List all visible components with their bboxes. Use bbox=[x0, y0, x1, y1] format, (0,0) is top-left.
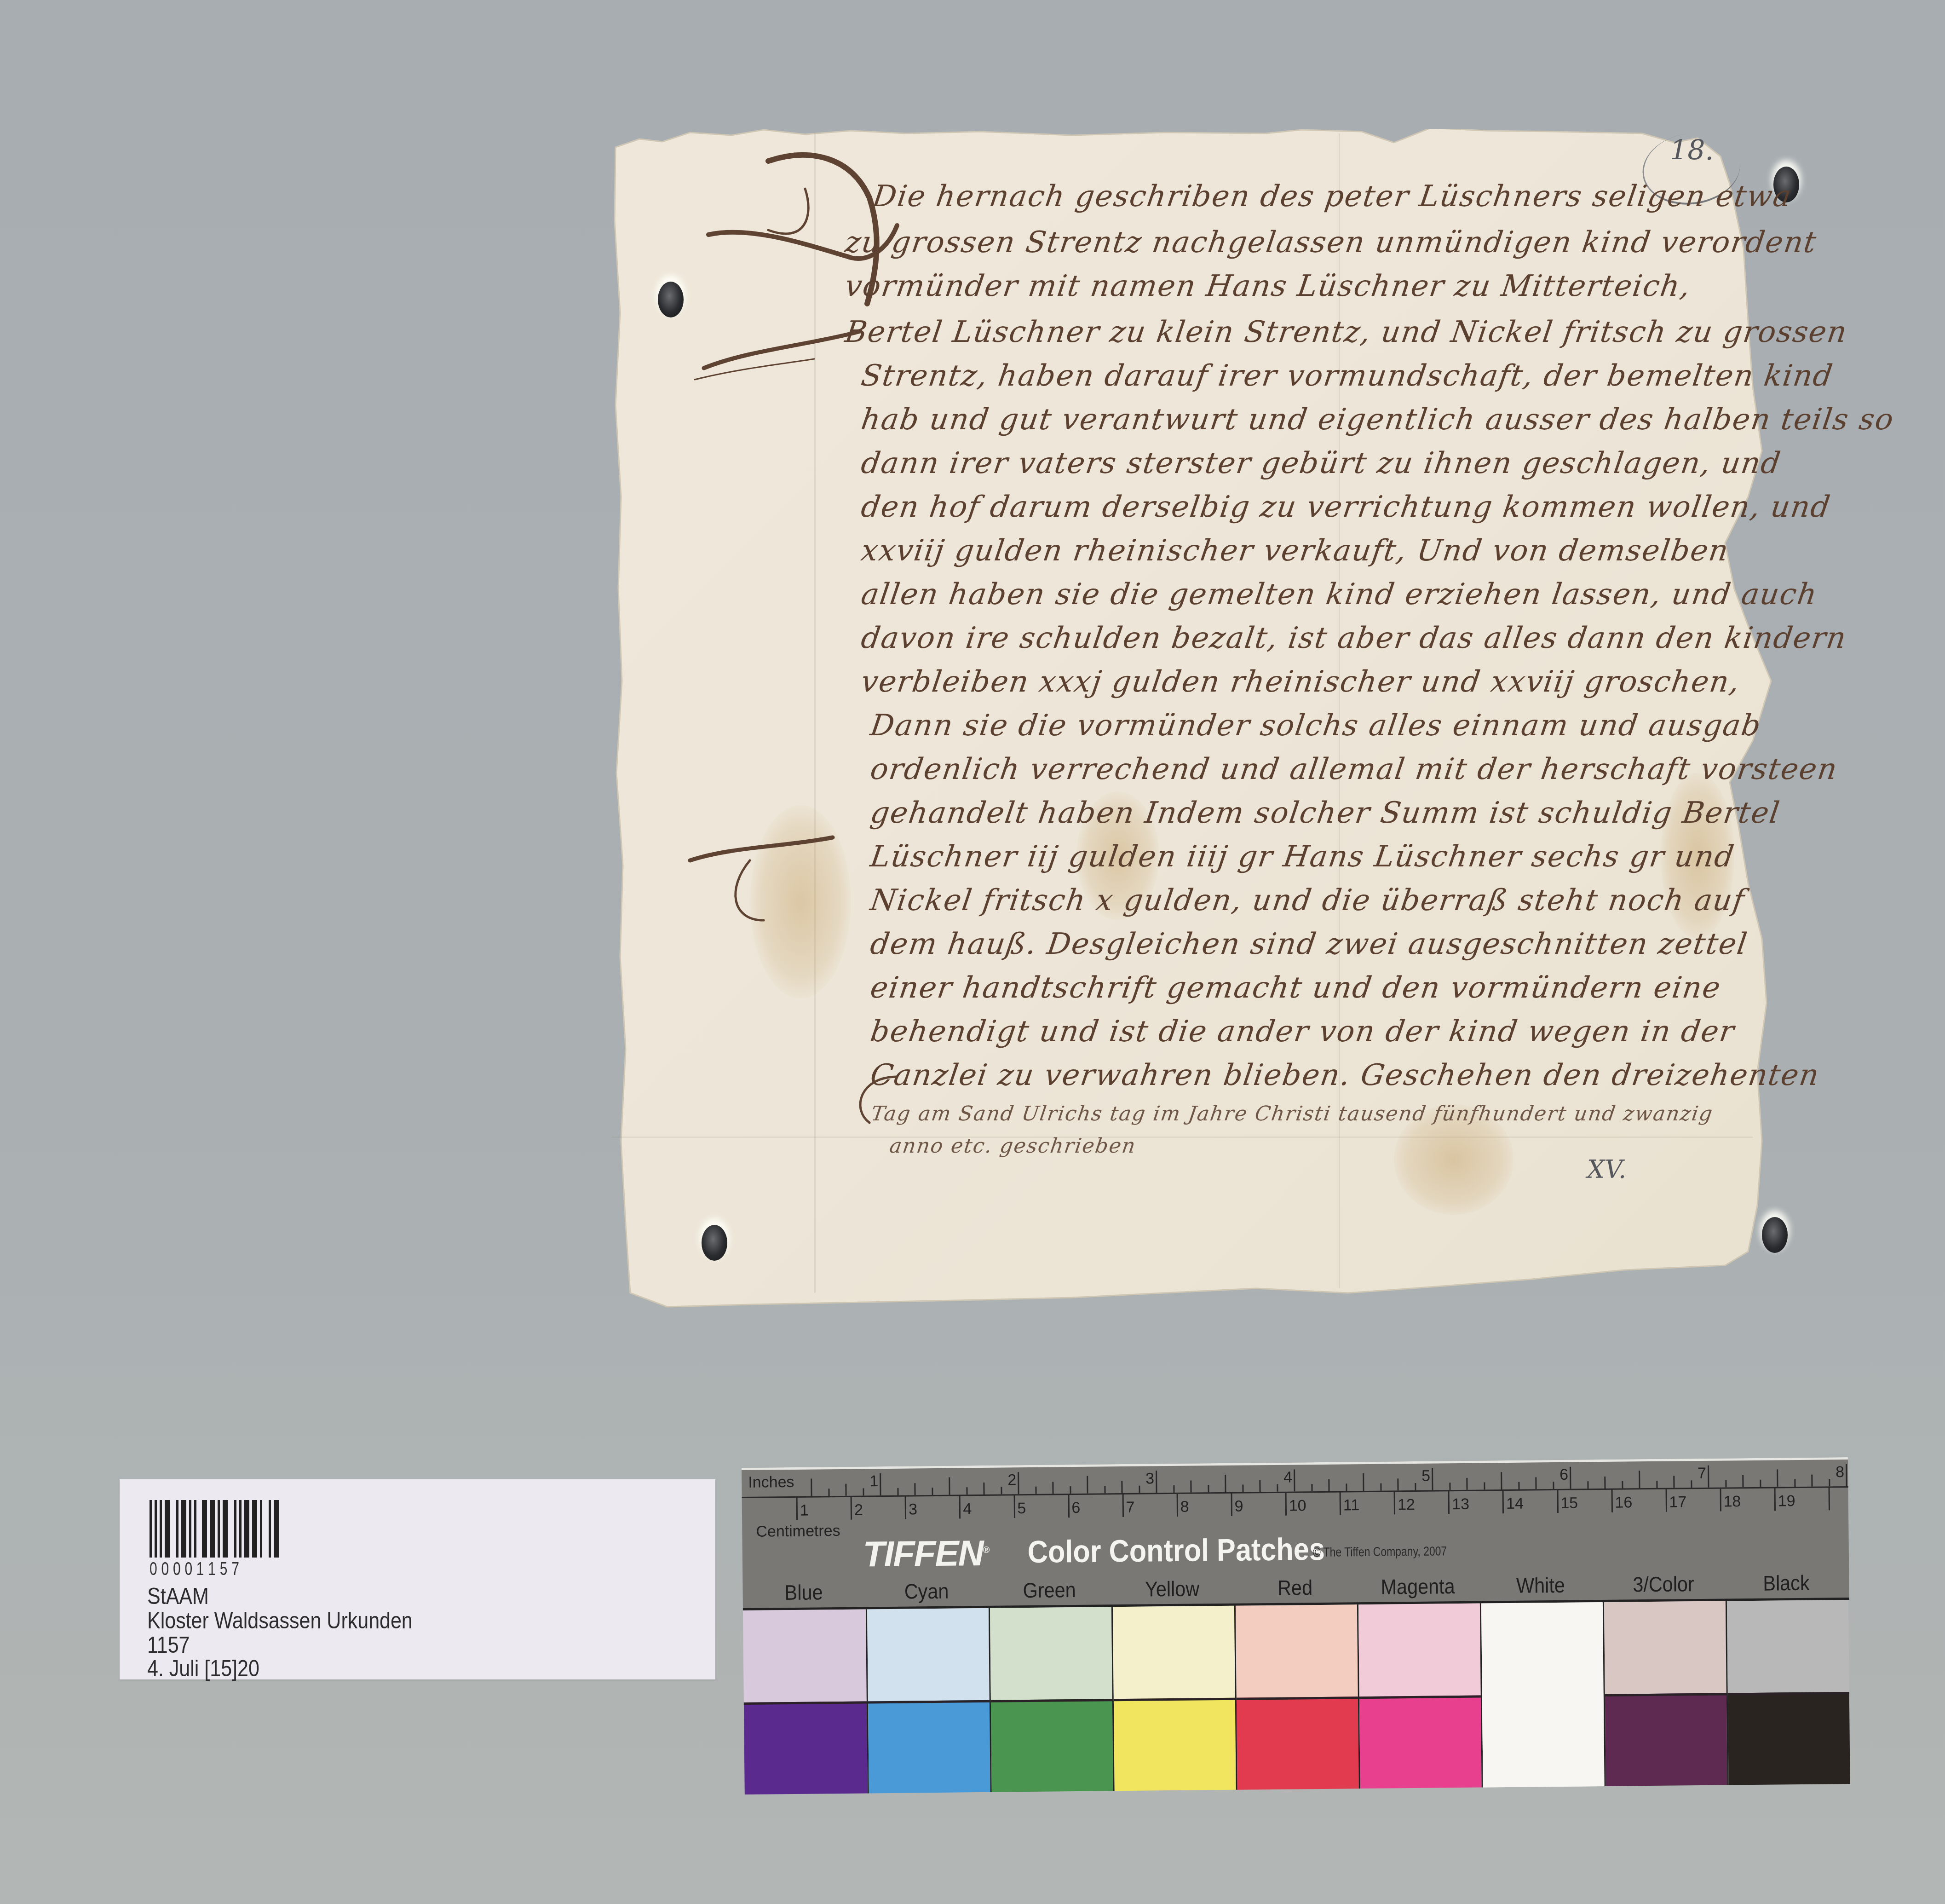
cm-tick-label: 1 bbox=[800, 1502, 809, 1520]
inch-tick-label: 4 bbox=[1283, 1469, 1292, 1487]
cm-tick bbox=[1176, 1494, 1178, 1517]
patch-light bbox=[867, 1608, 990, 1702]
patch-label: Black bbox=[1732, 1570, 1841, 1596]
patch-column-magenta bbox=[1357, 1604, 1482, 1789]
inch-tick bbox=[1139, 1486, 1140, 1493]
inch-tick bbox=[966, 1487, 967, 1494]
patch-label: White bbox=[1486, 1572, 1596, 1598]
text-line: Nickel fritsch x gulden, und die überraß… bbox=[866, 883, 1747, 934]
cm-tick-label: 11 bbox=[1343, 1496, 1360, 1514]
inch-tick bbox=[949, 1477, 950, 1495]
inch-tick bbox=[1829, 1479, 1830, 1486]
patch-saturated bbox=[991, 1699, 1113, 1792]
patch-label: Cyan bbox=[872, 1578, 982, 1604]
inch-tick bbox=[1725, 1480, 1726, 1487]
cm-tick bbox=[1611, 1489, 1612, 1512]
cm-tick bbox=[1665, 1489, 1667, 1512]
inch-tick bbox=[1070, 1486, 1071, 1494]
tiffen-logo: TIFFEN® bbox=[863, 1532, 989, 1575]
inch-tick bbox=[1518, 1482, 1519, 1489]
inch-tick bbox=[1811, 1475, 1813, 1487]
inch-tick bbox=[1104, 1486, 1105, 1493]
inch-tick bbox=[1466, 1478, 1467, 1490]
patch-label: Blue bbox=[749, 1580, 859, 1605]
cm-tick bbox=[851, 1497, 852, 1520]
cm-tick-label: 15 bbox=[1560, 1494, 1578, 1512]
inch-tick bbox=[1294, 1469, 1295, 1491]
patch-saturated bbox=[744, 1701, 868, 1794]
inch-tick bbox=[983, 1483, 984, 1494]
inch-tick bbox=[1587, 1481, 1588, 1489]
cm-tick bbox=[1720, 1489, 1721, 1512]
patch-column-red bbox=[1234, 1604, 1359, 1790]
inch-tick bbox=[1639, 1471, 1640, 1488]
inch-tick bbox=[1691, 1480, 1692, 1488]
inch-tick bbox=[1742, 1475, 1744, 1487]
inch-tick-label: 1 bbox=[869, 1472, 878, 1490]
dating-line: anno etc. geschrieben bbox=[884, 1134, 1138, 1185]
cm-tick-label: 19 bbox=[1778, 1492, 1795, 1510]
cm-tick-label: 18 bbox=[1723, 1493, 1741, 1511]
inch-tick bbox=[1415, 1483, 1416, 1490]
text-line: hab und gut verantwurt und eigentlich au… bbox=[857, 403, 1896, 453]
inch-tick bbox=[1035, 1487, 1036, 1494]
text-line: xxviij gulden rheinischer verkauft, Und … bbox=[857, 534, 1731, 584]
cm-tick bbox=[796, 1497, 798, 1520]
text-line: einer handtschrift gemacht und den vormü… bbox=[866, 971, 1723, 1021]
inch-tick-label: 5 bbox=[1421, 1467, 1430, 1485]
inch-tick bbox=[880, 1473, 881, 1495]
document-date: 4. Juli [15]20 bbox=[147, 1655, 259, 1682]
manuscript-sheet: 18. Die hernach geschriben des peter Lüs… bbox=[612, 129, 1854, 1353]
patch-saturated bbox=[1237, 1696, 1359, 1790]
patch-light bbox=[1236, 1604, 1358, 1698]
collection-name: Kloster Waldsassen Urkunden bbox=[147, 1607, 413, 1634]
text-line: dem hauß. Desgleichen sind zwei ausgesch… bbox=[866, 927, 1750, 978]
inch-tick bbox=[845, 1484, 846, 1496]
inch-tick bbox=[1760, 1480, 1761, 1487]
text-line: Canzlei zu verwahren blieben. Geschehen … bbox=[866, 1058, 1822, 1109]
fold-crease bbox=[814, 133, 816, 1293]
patch-label: 3/Color bbox=[1609, 1571, 1719, 1597]
text-line: vormünder mit namen Hans Lüschner zu Mit… bbox=[840, 269, 1693, 320]
inch-tick bbox=[1673, 1476, 1675, 1488]
chart-header: Inches 12345678 123456789101112131415161… bbox=[742, 1457, 1849, 1610]
patch-label: Yellow bbox=[1117, 1576, 1227, 1602]
color-patches bbox=[743, 1598, 1851, 1797]
inch-tick bbox=[1328, 1479, 1329, 1491]
text-line: zu grossen Strentz nachgelassen unmündig… bbox=[840, 225, 1819, 276]
inch-tick bbox=[1173, 1485, 1174, 1493]
punch-hole bbox=[658, 282, 684, 317]
cm-tick bbox=[1340, 1492, 1341, 1515]
cm-tick bbox=[1231, 1493, 1232, 1516]
patch-column-white bbox=[1480, 1602, 1605, 1788]
cm-tick-label: 8 bbox=[1180, 1498, 1189, 1516]
text-line: davon ire schulden bezalt, ist aber das … bbox=[857, 621, 1849, 672]
inch-tick bbox=[1794, 1479, 1795, 1487]
inch-tick bbox=[1397, 1478, 1398, 1490]
cm-tick bbox=[1013, 1495, 1015, 1518]
cm-tick bbox=[1394, 1491, 1395, 1514]
cm-tick bbox=[1557, 1490, 1558, 1513]
archive-name: StAAM bbox=[147, 1583, 209, 1610]
cm-tick-label: 6 bbox=[1071, 1499, 1080, 1517]
text-line: Bertel Lüschner zu klein Strentz, und Ni… bbox=[840, 315, 1849, 366]
water-stain bbox=[750, 805, 851, 998]
text-line: Strentz, haben darauf irer vormundschaft… bbox=[857, 359, 1835, 410]
cm-tick bbox=[1774, 1488, 1775, 1511]
cm-tick bbox=[1068, 1494, 1069, 1517]
inches-label: Inches bbox=[748, 1473, 794, 1492]
inch-tick bbox=[1777, 1469, 1778, 1487]
cm-tick-label: 17 bbox=[1669, 1493, 1686, 1511]
folio-number: 18. bbox=[1670, 134, 1714, 167]
inch-tick bbox=[1156, 1471, 1157, 1493]
inch-tick-label: 2 bbox=[1007, 1471, 1016, 1489]
inch-tick bbox=[1242, 1485, 1243, 1492]
cm-tick-label: 7 bbox=[1126, 1499, 1134, 1517]
inch-tick bbox=[828, 1489, 829, 1496]
inch-tick bbox=[1656, 1481, 1657, 1488]
cm-tick-label: 12 bbox=[1398, 1496, 1415, 1514]
patch-light bbox=[1604, 1601, 1726, 1694]
inch-tick bbox=[1190, 1481, 1191, 1493]
text-line: Dann sie die vormünder solchs alles einn… bbox=[866, 709, 1763, 759]
cm-tick-label: 4 bbox=[963, 1500, 972, 1518]
cm-tick-label: 9 bbox=[1235, 1498, 1243, 1516]
cm-tick-label: 2 bbox=[854, 1501, 863, 1519]
inch-tick bbox=[1208, 1485, 1209, 1492]
inch-tick-label: 8 bbox=[1836, 1463, 1844, 1481]
patch-column-green bbox=[989, 1607, 1113, 1792]
patch-label: Green bbox=[995, 1577, 1105, 1603]
inch-tick bbox=[1846, 1464, 1847, 1486]
inch-tick bbox=[1484, 1482, 1485, 1489]
text-line: dann irer vaters sterster gebürt zu ihne… bbox=[857, 446, 1783, 497]
barcode bbox=[150, 1500, 282, 1558]
cm-tick-label: 13 bbox=[1452, 1495, 1469, 1513]
inch-tick bbox=[1604, 1477, 1605, 1489]
patch-light bbox=[1358, 1604, 1481, 1697]
punch-hole bbox=[702, 1225, 727, 1261]
text-line: gehandelt haben Indem solcher Summ ist s… bbox=[866, 796, 1782, 847]
inch-tick bbox=[1363, 1473, 1364, 1491]
cm-tick bbox=[1448, 1491, 1450, 1514]
cm-tick bbox=[905, 1496, 906, 1519]
patch-saturated bbox=[868, 1700, 990, 1794]
text-line: den hof darum derselbig zu verrichtung k… bbox=[857, 490, 1833, 541]
cm-tick-label: 3 bbox=[909, 1500, 917, 1518]
cm-tick bbox=[959, 1495, 961, 1518]
text-line: verbleiben xxxj gulden rheinischer und x… bbox=[857, 665, 1742, 715]
inch-tick bbox=[1553, 1482, 1554, 1489]
inch-tick-label: 3 bbox=[1145, 1470, 1154, 1488]
inch-tick bbox=[1708, 1466, 1709, 1488]
text-line: Lüschner iij gulden iiij gr Hans Lüschne… bbox=[866, 840, 1737, 890]
patch-saturated bbox=[1114, 1698, 1236, 1791]
patch-column-cyan bbox=[866, 1608, 990, 1794]
cm-tick-label: 10 bbox=[1289, 1497, 1306, 1515]
patch-light bbox=[743, 1609, 867, 1702]
inch-tick bbox=[1259, 1480, 1260, 1492]
inch-tick bbox=[1535, 1477, 1536, 1489]
inch-tick-label: 6 bbox=[1559, 1466, 1568, 1484]
cm-tick-label: 14 bbox=[1506, 1495, 1524, 1513]
inch-tick bbox=[1346, 1483, 1347, 1491]
text-line: Die hernach geschriben des peter Lüschne… bbox=[868, 179, 1794, 230]
inch-tick bbox=[1501, 1472, 1502, 1489]
cm-tick-label: 5 bbox=[1017, 1500, 1026, 1517]
inch-tick bbox=[1087, 1476, 1088, 1494]
cm-tick bbox=[1829, 1487, 1830, 1510]
patch-saturated bbox=[1482, 1694, 1605, 1788]
inch-tick bbox=[1570, 1467, 1571, 1489]
inch-tick bbox=[1311, 1484, 1312, 1491]
patch-light bbox=[1727, 1600, 1849, 1693]
inch-tick bbox=[863, 1488, 864, 1495]
copyright-notice: © The Tiffen Company, 2007 bbox=[1313, 1544, 1447, 1560]
inch-tick bbox=[1052, 1482, 1053, 1494]
cm-tick bbox=[1285, 1493, 1287, 1516]
inch-tick bbox=[914, 1483, 915, 1495]
patch-saturated bbox=[1359, 1696, 1482, 1789]
patch-saturated bbox=[1605, 1693, 1727, 1786]
punch-hole bbox=[1762, 1217, 1788, 1253]
patch-light bbox=[990, 1607, 1112, 1700]
document-number: 1157 bbox=[147, 1632, 190, 1658]
inch-tick bbox=[1121, 1481, 1122, 1493]
inch-tick bbox=[1018, 1472, 1019, 1494]
tiffen-color-chart: Inches 12345678 123456789101112131415161… bbox=[742, 1457, 1851, 1794]
cm-tick bbox=[1502, 1490, 1504, 1513]
margin-annotation: XV. bbox=[1587, 1155, 1626, 1184]
inch-tick bbox=[811, 1479, 812, 1496]
archive-label: 0 0 0 0 1 1 5 7 StAAM Kloster Waldsassen… bbox=[120, 1479, 715, 1679]
patch-column-blue bbox=[743, 1609, 868, 1794]
patch-light bbox=[1113, 1606, 1235, 1699]
patch-column-3-color bbox=[1603, 1601, 1727, 1786]
inch-tick bbox=[1449, 1483, 1450, 1490]
inch-tick bbox=[1225, 1475, 1226, 1492]
text-line: allen haben sie die gemelten kind erzieh… bbox=[857, 577, 1819, 628]
patch-label: Magenta bbox=[1363, 1574, 1473, 1599]
inch-tick bbox=[1277, 1484, 1278, 1492]
inch-tick-label: 7 bbox=[1698, 1465, 1706, 1483]
inch-tick bbox=[932, 1488, 933, 1495]
inch-tick bbox=[1432, 1468, 1433, 1490]
centimetres-label: Centimetres bbox=[756, 1522, 840, 1541]
patch-saturated bbox=[1728, 1692, 1850, 1785]
patch-column-black bbox=[1726, 1600, 1850, 1785]
barcode-number: 0 0 0 0 1 1 5 7 bbox=[150, 1559, 239, 1580]
patch-label: Red bbox=[1240, 1575, 1350, 1600]
text-line: ordenlich verrechend und allemal mit der… bbox=[866, 752, 1840, 803]
cm-tick-label: 16 bbox=[1615, 1494, 1632, 1512]
inch-tick bbox=[1622, 1481, 1623, 1489]
inch-tick bbox=[1001, 1487, 1002, 1494]
cm-tick bbox=[1122, 1494, 1123, 1517]
inch-tick bbox=[1380, 1483, 1381, 1491]
inch-tick bbox=[897, 1488, 898, 1495]
chart-title: Color Control Patches bbox=[1027, 1531, 1325, 1570]
text-line: behendigt und ist die ander von der kind… bbox=[866, 1015, 1737, 1065]
patch-column-yellow bbox=[1111, 1606, 1236, 1791]
